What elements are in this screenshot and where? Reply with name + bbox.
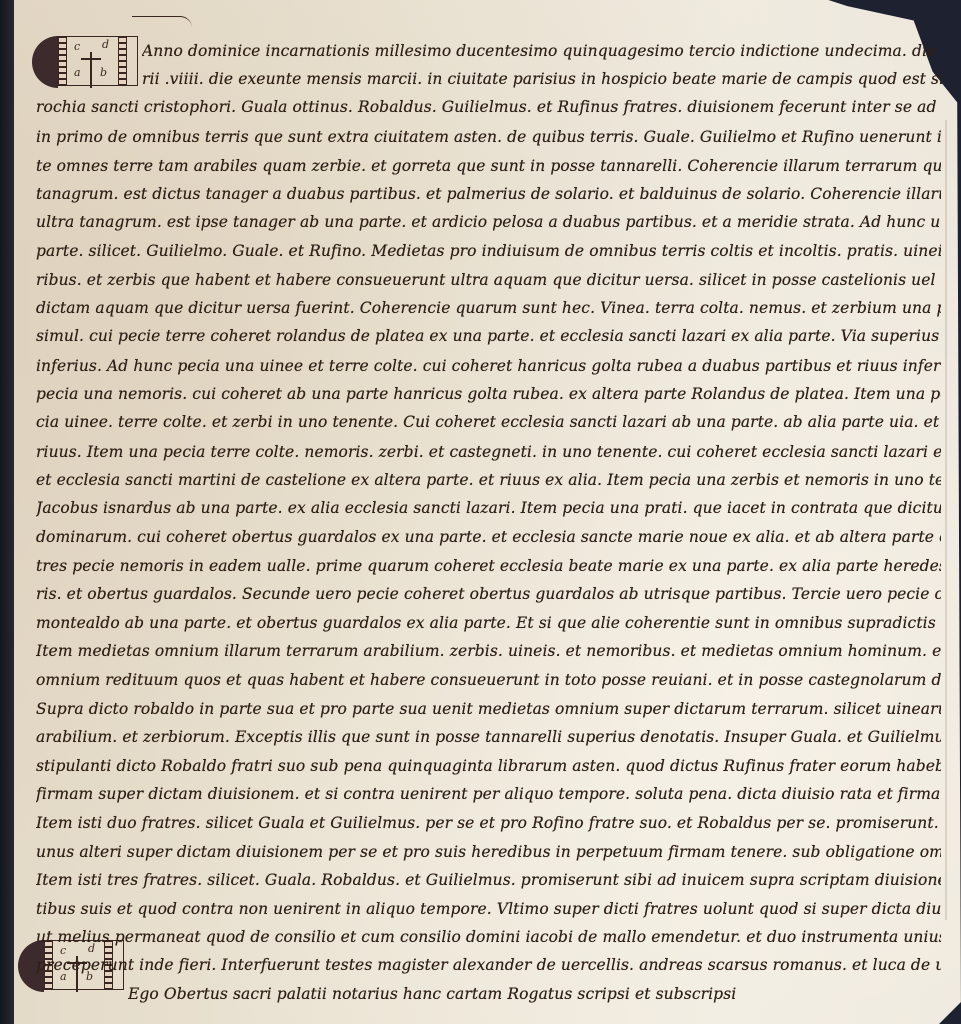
text-line: pecia una nemoris. cui coheret ab una pa… [36,385,941,403]
text-line: in primo de omnibus terris que sunt extr… [36,128,941,146]
text-line: ribus. et zerbis que habent et habere co… [36,271,941,289]
text-line: dominarum. cui coheret obertus guardalos… [36,528,941,546]
text-line: dictam aquam que dicitur uersa fuerint. … [36,299,941,317]
notary-subscription: Ego Obertus sacri palatii notarius hanc … [128,985,848,1003]
text-line: inferius. Ad hunc pecia una uinee et ter… [36,357,941,375]
text-line: Supra dicto robaldo in parte sua et pro … [36,700,941,718]
text-line: parte. silicet. Guilielmo. Guale. et Ruf… [36,242,941,260]
text-line: rii .viiii. die exeunte mensis marcii. i… [142,70,942,88]
signum-letter: c [74,40,80,53]
text-line: montealdo ab una parte. et obertus guard… [36,614,941,632]
text-line: simul. cui pecie terre coheret rolandus … [36,327,941,345]
text-line: omnium redituum quos et quas habent et h… [36,671,941,689]
signum-letter: a [74,66,81,79]
text-line: tibus suis et quod contra non uenirent i… [36,900,941,918]
text-line: ut melius permaneat quod de consilio et … [36,928,941,946]
text-line: te omnes terre tam arabiles quam zerbie.… [36,157,941,175]
text-line: et ecclesia sancti martini de castelione… [36,471,941,489]
torn-corner [939,1002,961,1024]
signum-letter: d [102,38,109,51]
text-line: stipulanti dicto Robaldo fratri suo sub … [36,757,941,775]
text-line: ultra tanagrum. est ipse tanager ab una … [36,213,941,231]
text-line: preceperunt inde fieri. Interfuerunt tes… [36,956,941,974]
signum-flourish [132,16,192,37]
text-line: ris. et obertus guardalos. Secunde uero … [36,585,941,603]
text-line: Item isti duo fratres. silicet Guala et … [36,814,941,832]
notary-signum-top: c d a b [32,34,142,90]
text-line: Item isti tres fratres. silicet. Guala. … [36,871,941,889]
signum-letter: b [100,66,107,79]
text-line: riuus. Item una pecia terre colte. nemor… [36,443,941,461]
scan-left-edge [0,0,16,1024]
text-line: Item medietas omnium illarum terrarum ar… [36,642,941,660]
signum-ladder-right [118,36,127,86]
text-line: cia uinee. terre colte. et zerbi in uno … [36,413,941,431]
text-line: tanagrum. est dictus tanager a duabus pa… [36,185,941,203]
text-line: arabilium. et zerbiorum. Exceptis illis … [36,728,941,746]
text-line: tres pecie nemoris in eadem ualle. prime… [36,557,941,575]
text-line: firmam super dictam diuisionem. et si co… [36,785,941,803]
text-line: rochia sancti cristophori. Guala ottinus… [36,98,941,116]
signum-cap [32,36,58,88]
text-line: unus alteri super dictam diuisionem per … [36,843,941,861]
parchment-fold-line [945,120,947,920]
cross-bar [81,58,101,60]
text-line: Anno dominice incarnationis millesimo du… [142,42,942,60]
text-line: Jacobus isnardus ab una parte. ex alia e… [36,499,941,517]
